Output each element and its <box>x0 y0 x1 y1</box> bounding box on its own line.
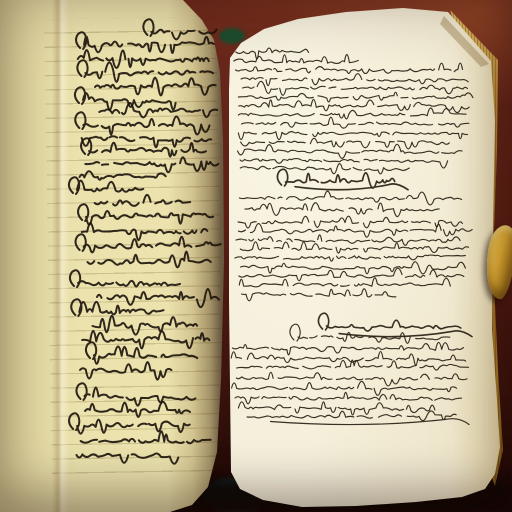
book-cover-top-sliver <box>219 28 245 44</box>
book-photo: An open antique journal on a dark maroon… <box>0 0 512 512</box>
